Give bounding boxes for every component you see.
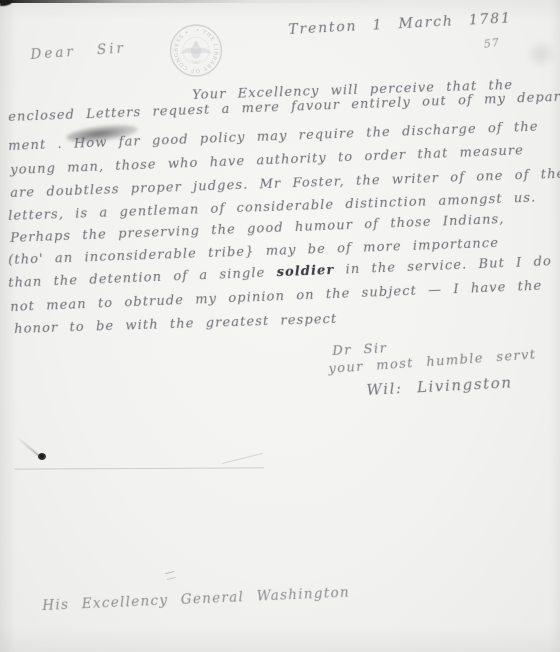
paper-crease-line xyxy=(222,453,263,464)
body-line-segment: in the service. But I do xyxy=(334,254,552,278)
letter-body-line: honor to be with the greatest respect xyxy=(14,312,338,337)
scan-top-edge-shadow xyxy=(0,0,560,3)
closing-salute: Dr Sir xyxy=(332,341,388,359)
body-line-emphasized-word: soldier xyxy=(276,263,334,280)
faint-edge-smudge xyxy=(526,40,556,68)
library-of-congress-stamp-icon: • THE LIBRARY OF CONGRESS • xyxy=(167,21,225,80)
body-line-segment: than the detention of a single xyxy=(8,265,277,291)
stray-pencil-mark xyxy=(165,571,175,580)
letter-salutation: Dear Sir xyxy=(30,40,127,63)
paper-crease-line xyxy=(14,467,264,469)
signature: Wil: Livingston xyxy=(366,373,513,399)
letter-page: • THE LIBRARY OF CONGRESS • Trenton 1 Ma… xyxy=(0,0,560,652)
letter-dateline: Trenton 1 March 1781 xyxy=(288,10,512,38)
page-number: 57 xyxy=(483,36,501,51)
scan-corner-artifact xyxy=(0,0,13,6)
ink-blot xyxy=(38,453,46,460)
addressee-line: His Excellency General Washington xyxy=(42,585,350,614)
